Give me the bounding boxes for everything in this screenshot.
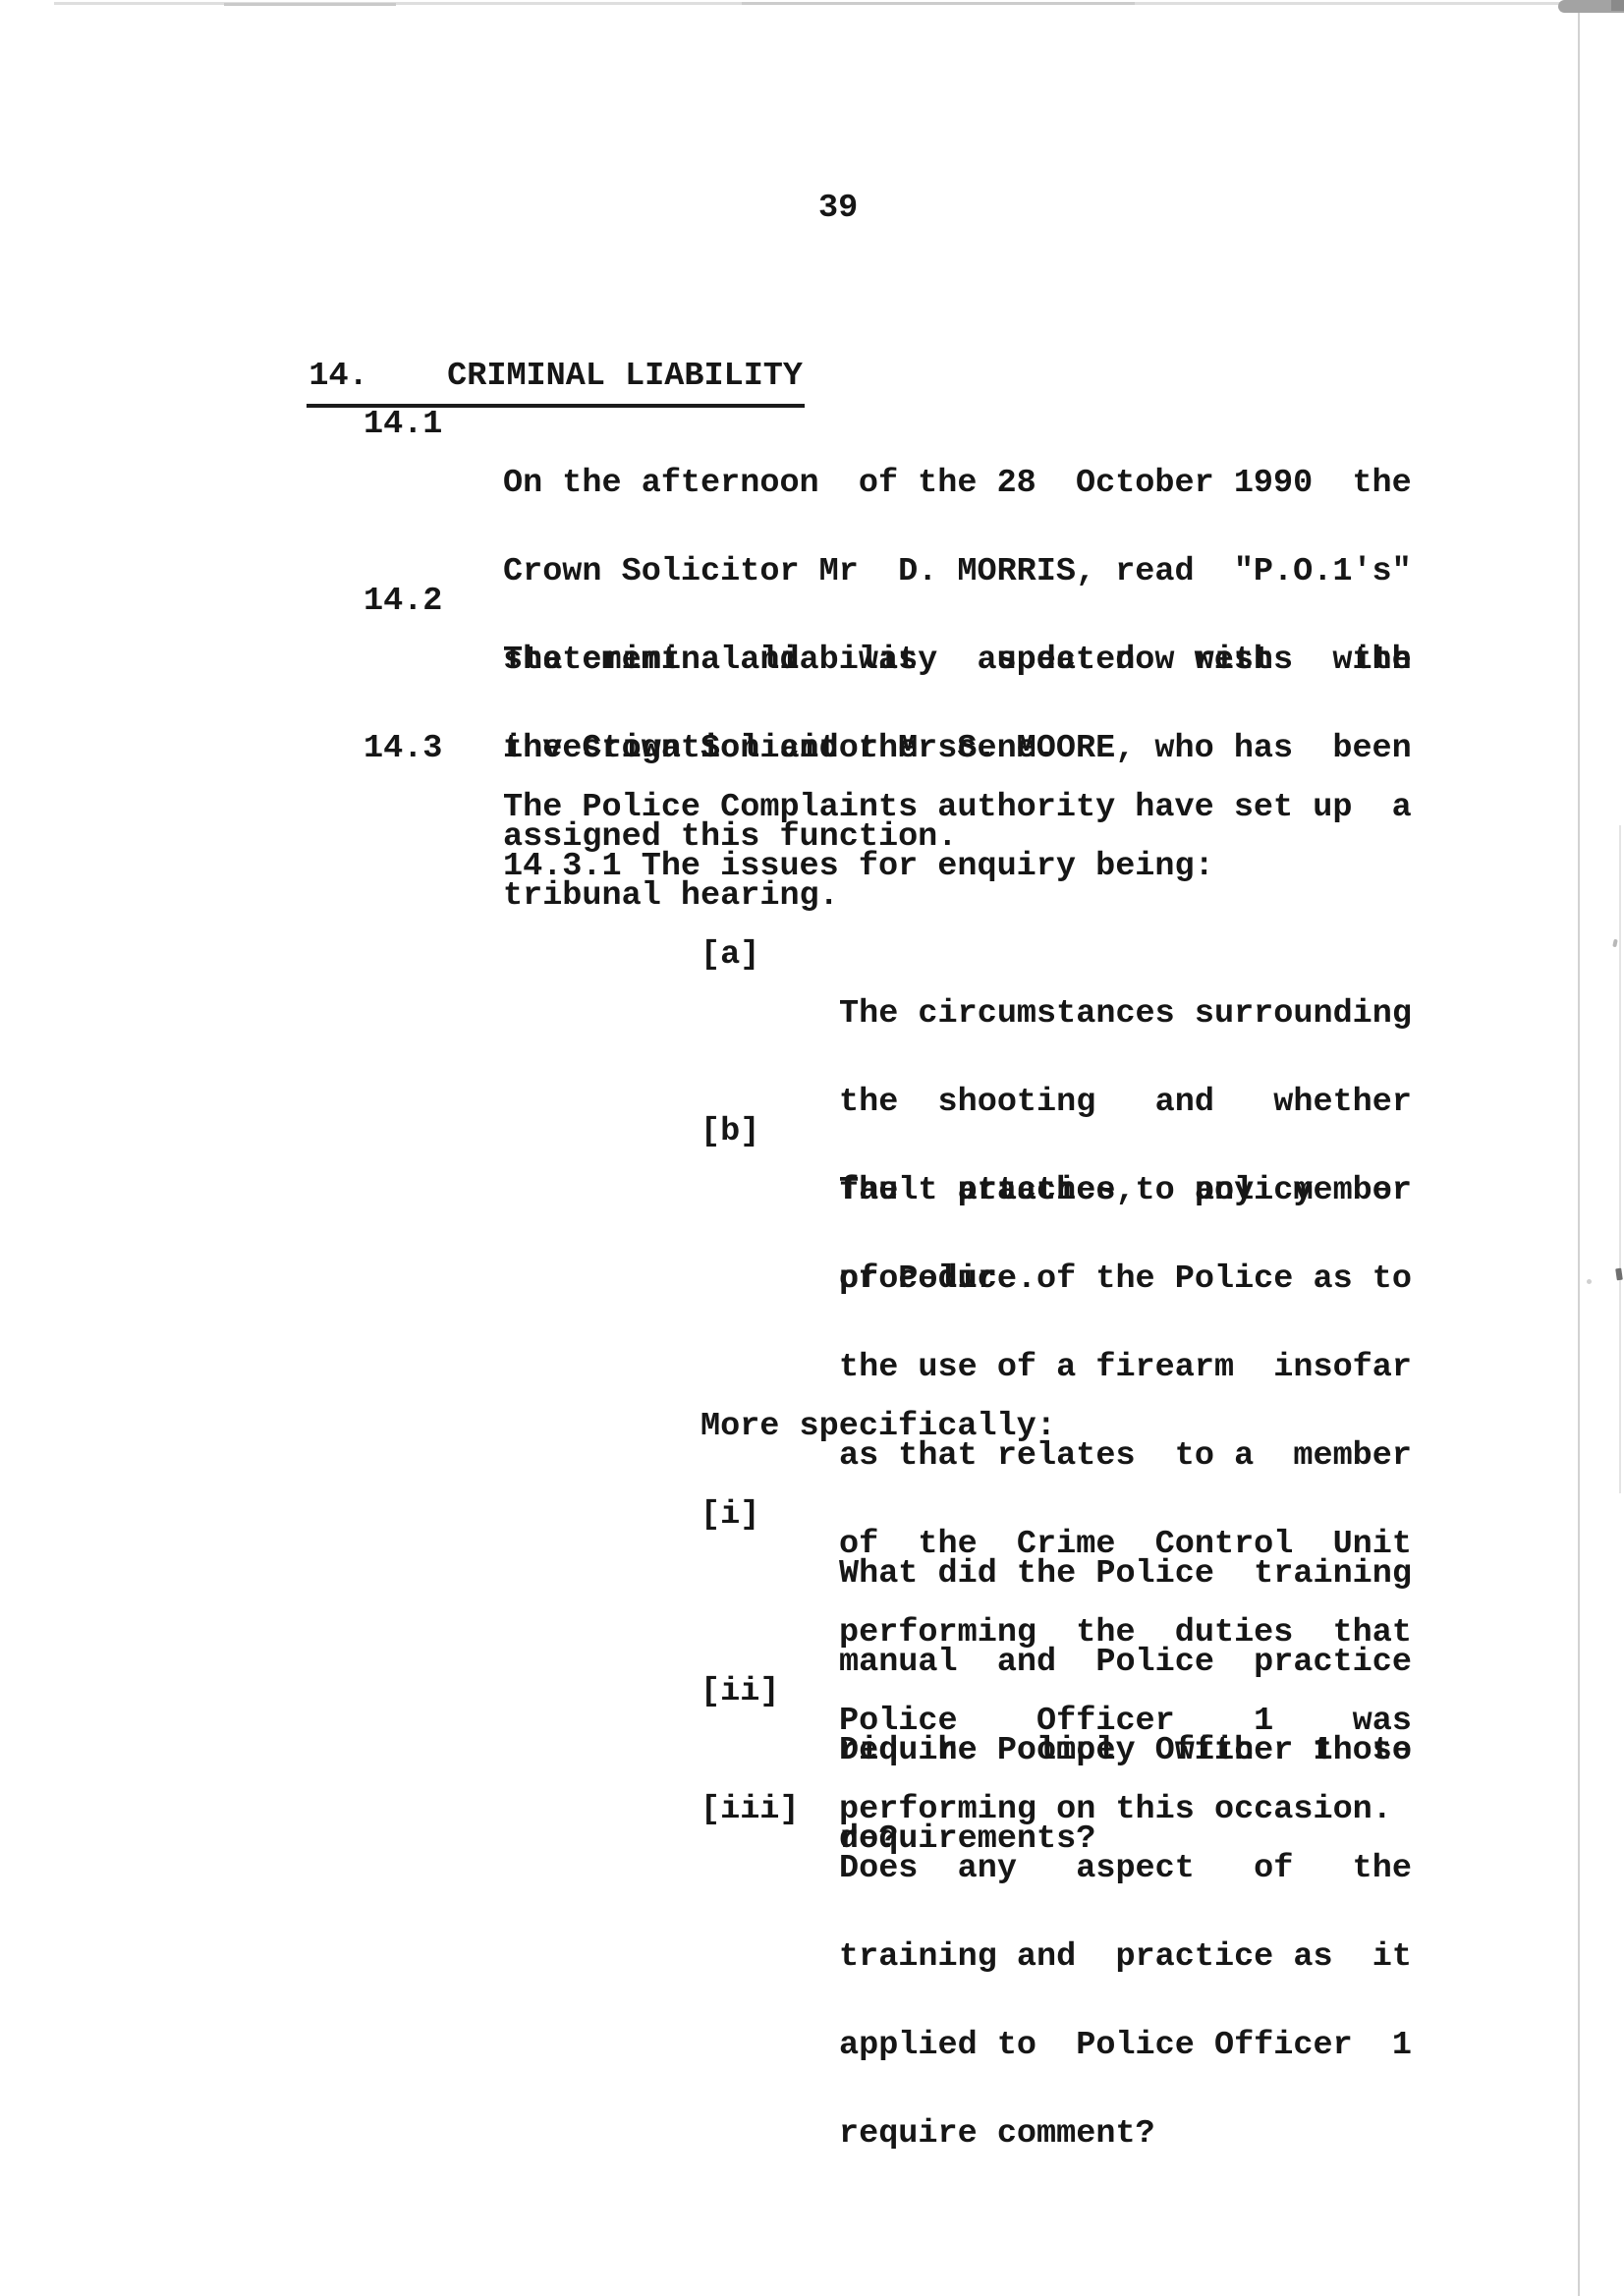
paragraph-label-14-1: 14.1	[364, 410, 442, 439]
question-label-iii: [iii]	[700, 1795, 800, 1824]
paragraph-line: On the afternoon of the 28 October 1990 …	[503, 469, 1412, 498]
section-heading: 14. CRIMINAL LIABILITY	[230, 332, 805, 420]
question-iii: Does any aspect of the training and prac…	[839, 1795, 1412, 2208]
question-line: manual and Police practice	[839, 1648, 1412, 1677]
issue-line: the use of a firearm insofar	[839, 1353, 1412, 1382]
scan-top-streak-dark	[224, 3, 396, 6]
scan-speck	[1587, 1279, 1592, 1284]
scanned-document-page: 39 14. CRIMINAL LIABILITY 14.1 On the af…	[0, 0, 1624, 2296]
issue-line: The practice, policy or	[839, 1176, 1412, 1205]
paragraph-line: The Police Complaints authority have set…	[503, 793, 1412, 822]
question-line: require comment?	[839, 2119, 1412, 2149]
question-line: applied to Police Officer 1	[839, 2031, 1412, 2060]
more-specifically-line: More specifically:	[700, 1412, 1056, 1441]
issue-label-a: [a]	[700, 940, 759, 970]
page-number: 39	[818, 194, 858, 223]
question-line: Does any aspect of the	[839, 1854, 1412, 1883]
paragraph-line: Crown Solicitor Mr D. MORRIS, read "P.O.…	[503, 557, 1412, 587]
issue-line: as that relates to a member	[839, 1441, 1412, 1471]
scan-top-streak-dark	[742, 2, 1135, 5]
scan-speck	[1612, 939, 1618, 948]
issue-line: The circumstances surrounding	[839, 999, 1412, 1029]
paragraph-line: The criminal liability aspect now rests …	[503, 645, 1412, 675]
scan-speck	[1615, 1268, 1623, 1281]
question-line: What did the Police training	[839, 1559, 1412, 1589]
issue-label-b: [b]	[700, 1117, 759, 1147]
subclause-14-3-1: 14.3.1 The issues for enquiry being:	[503, 852, 1214, 881]
scan-page-edge-line	[1578, 13, 1580, 2296]
issue-line: procedure of the Police as to	[839, 1264, 1412, 1294]
paragraph-label-14-3: 14.3	[364, 734, 442, 763]
question-label-i: [i]	[700, 1500, 759, 1530]
section-heading-text: 14. CRIMINAL LIABILITY	[307, 358, 805, 408]
question-label-ii: [ii]	[700, 1677, 779, 1707]
question-line: Did he comply with those	[839, 1736, 1412, 1765]
issue-line: the shooting and whether	[839, 1088, 1412, 1117]
question-line: training and practice as it	[839, 1942, 1412, 1972]
scan-corner-blob-dark	[1611, 0, 1624, 11]
paragraph-line: tribunal hearing.	[503, 881, 1412, 911]
paragraph-label-14-2: 14.2	[364, 587, 442, 616]
scan-page-edge-line-2	[1619, 825, 1621, 1493]
